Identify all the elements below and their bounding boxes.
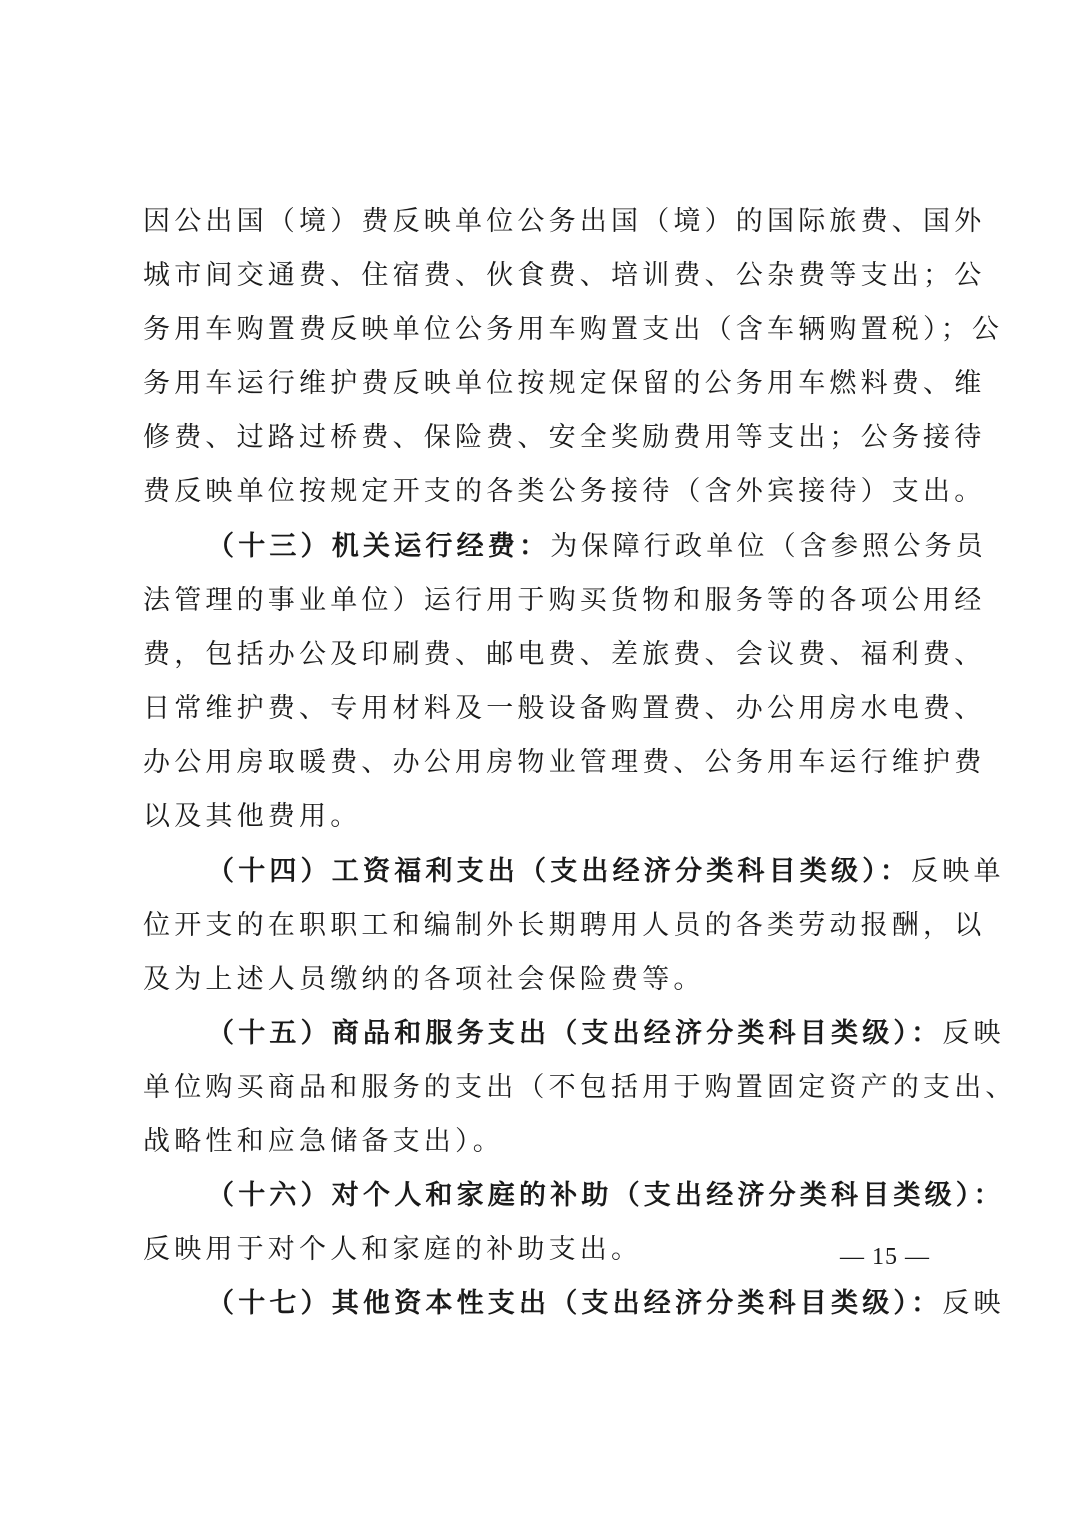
text-line: 及为上述人员缴纳的各项社会保险费等。: [143, 953, 943, 1007]
item-text: 反映: [942, 1288, 1004, 1319]
paragraph-item-15: （十五）商品和服务支出（支出经济分类科目类级）：反映 单位购买商品和服务的支出（…: [143, 1007, 943, 1169]
text-line: 办公用房取暖费、办公用房物业管理费、公务用车运行维护费: [143, 736, 943, 790]
text-line: 日常维护费、专用材料及一般设备购置费、办公用房水电费、: [143, 682, 943, 736]
text-line: 以及其他费用。: [143, 790, 943, 844]
text-line: 战略性和应急储备支出）。: [143, 1115, 943, 1169]
item-text: 为保障行政单位（含参照公务员: [550, 531, 987, 562]
item-text: 反映: [942, 1018, 1004, 1049]
text-line: 修费、过路过桥费、保险费、安全奖励费用等支出；公务接待: [143, 411, 943, 465]
page-number: — 15 —: [840, 1244, 930, 1271]
paragraph-item-14: （十四）工资福利支出（支出经济分类科目类级）：反映单 位开支的在职职工和编制外长…: [143, 845, 943, 1007]
text-line: （十六）对个人和家庭的补助（支出经济分类科目类级）：: [143, 1169, 943, 1223]
text-line: （十四）工资福利支出（支出经济分类科目类级）：反映单: [143, 845, 943, 899]
item-heading: （十七）其他资本性支出（支出经济分类科目类级）：: [207, 1288, 942, 1319]
text-line: 务用车运行维护费反映单位按规定保留的公务用车燃料费、维: [143, 357, 943, 411]
text-line: （十七）其他资本性支出（支出经济分类科目类级）：反映: [143, 1277, 943, 1331]
item-heading: （十三）机关运行经费：: [207, 531, 550, 562]
paragraph-item-16: （十六）对个人和家庭的补助（支出经济分类科目类级）： 反映用于对个人和家庭的补助…: [143, 1169, 943, 1277]
text-line: 城市间交通费、住宿费、伙食费、培训费、公杂费等支出；公: [143, 249, 943, 303]
paragraph-item-13: （十三）机关运行经费：为保障行政单位（含参照公务员 法管理的事业单位）运行用于购…: [143, 520, 943, 844]
text-line: （十三）机关运行经费：为保障行政单位（含参照公务员: [143, 520, 943, 574]
text-line: 费反映单位按规定开支的各类公务接待（含外宾接待）支出。: [143, 465, 943, 519]
paragraph-continuation: 因公出国（境）费反映单位公务出国（境）的国际旅费、国外 城市间交通费、住宿费、伙…: [143, 195, 943, 519]
text-line: 费，包括办公及印刷费、邮电费、差旅费、会议费、福利费、: [143, 628, 943, 682]
text-line: 反映用于对个人和家庭的补助支出。: [143, 1223, 943, 1277]
text-line: 单位购买商品和服务的支出（不包括用于购置固定资产的支出、: [143, 1061, 943, 1115]
paragraph-item-17: （十七）其他资本性支出（支出经济分类科目类级）：反映: [143, 1277, 943, 1331]
document-page: 因公出国（境）费反映单位公务出国（境）的国际旅费、国外 城市间交通费、住宿费、伙…: [0, 0, 1074, 1520]
text-line: 务用车购置费反映单位公务用车购置支出（含车辆购置税）；公: [143, 303, 943, 357]
text-line: （十五）商品和服务支出（支出经济分类科目类级）：反映: [143, 1007, 943, 1061]
item-heading: （十四）工资福利支出（支出经济分类科目类级）：: [207, 856, 911, 887]
item-text: 反映单: [911, 856, 1005, 887]
item-heading: （十五）商品和服务支出（支出经济分类科目类级）：: [207, 1018, 942, 1049]
text-line: 法管理的事业单位）运行用于购买货物和服务等的各项公用经: [143, 574, 943, 628]
text-line: 因公出国（境）费反映单位公务出国（境）的国际旅费、国外: [143, 195, 943, 249]
item-heading: （十六）对个人和家庭的补助（支出经济分类科目类级）：: [207, 1180, 1005, 1211]
text-line: 位开支的在职职工和编制外长期聘用人员的各类劳动报酬，以: [143, 899, 943, 953]
